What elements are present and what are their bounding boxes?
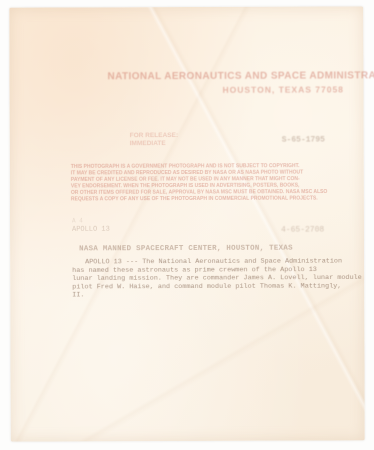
disclaimer-line: REQUESTS A COPY OF ANY USE OF THE PHOTOG…	[71, 195, 359, 203]
photo-number-caption: 4-65-2708	[281, 226, 324, 235]
caption-line: APOLLO 13 --- The National Aeronautics a…	[72, 257, 364, 266]
caption-line: II.	[72, 291, 364, 300]
photo-back-paper: NATIONAL AERONAUTICS AND SPACE ADMINISTR…	[9, 6, 365, 441]
nasa-header-stamp-line1: NATIONAL AERONAUTICS AND SPACE ADMINISTR…	[107, 70, 374, 82]
photo-number-top: S-65-1795	[282, 136, 325, 145]
nasa-header-stamp-line2: HOUSTON, TEXAS 77058	[223, 84, 344, 94]
msc-center-line: NASA MANNED SPACECRAFT CENTER, HOUSTON, …	[79, 244, 293, 253]
caption-label: APOLLO 13	[72, 225, 110, 233]
photo-caption: APOLLO 13 --- The National Aeronautics a…	[72, 257, 364, 300]
caption-line: pilot Fred W. Haise, and command module …	[72, 282, 364, 291]
release-stamp-line2: IMMEDIATE	[130, 139, 250, 147]
release-stamp: FOR RELEASE: IMMEDIATE	[130, 131, 250, 147]
copyright-disclaimer-stamp: THIS PHOTOGRAPH IS A GOVERNMENT PHOTOGRA…	[71, 162, 359, 202]
faint-pencil-mark: A 4	[72, 217, 83, 224]
